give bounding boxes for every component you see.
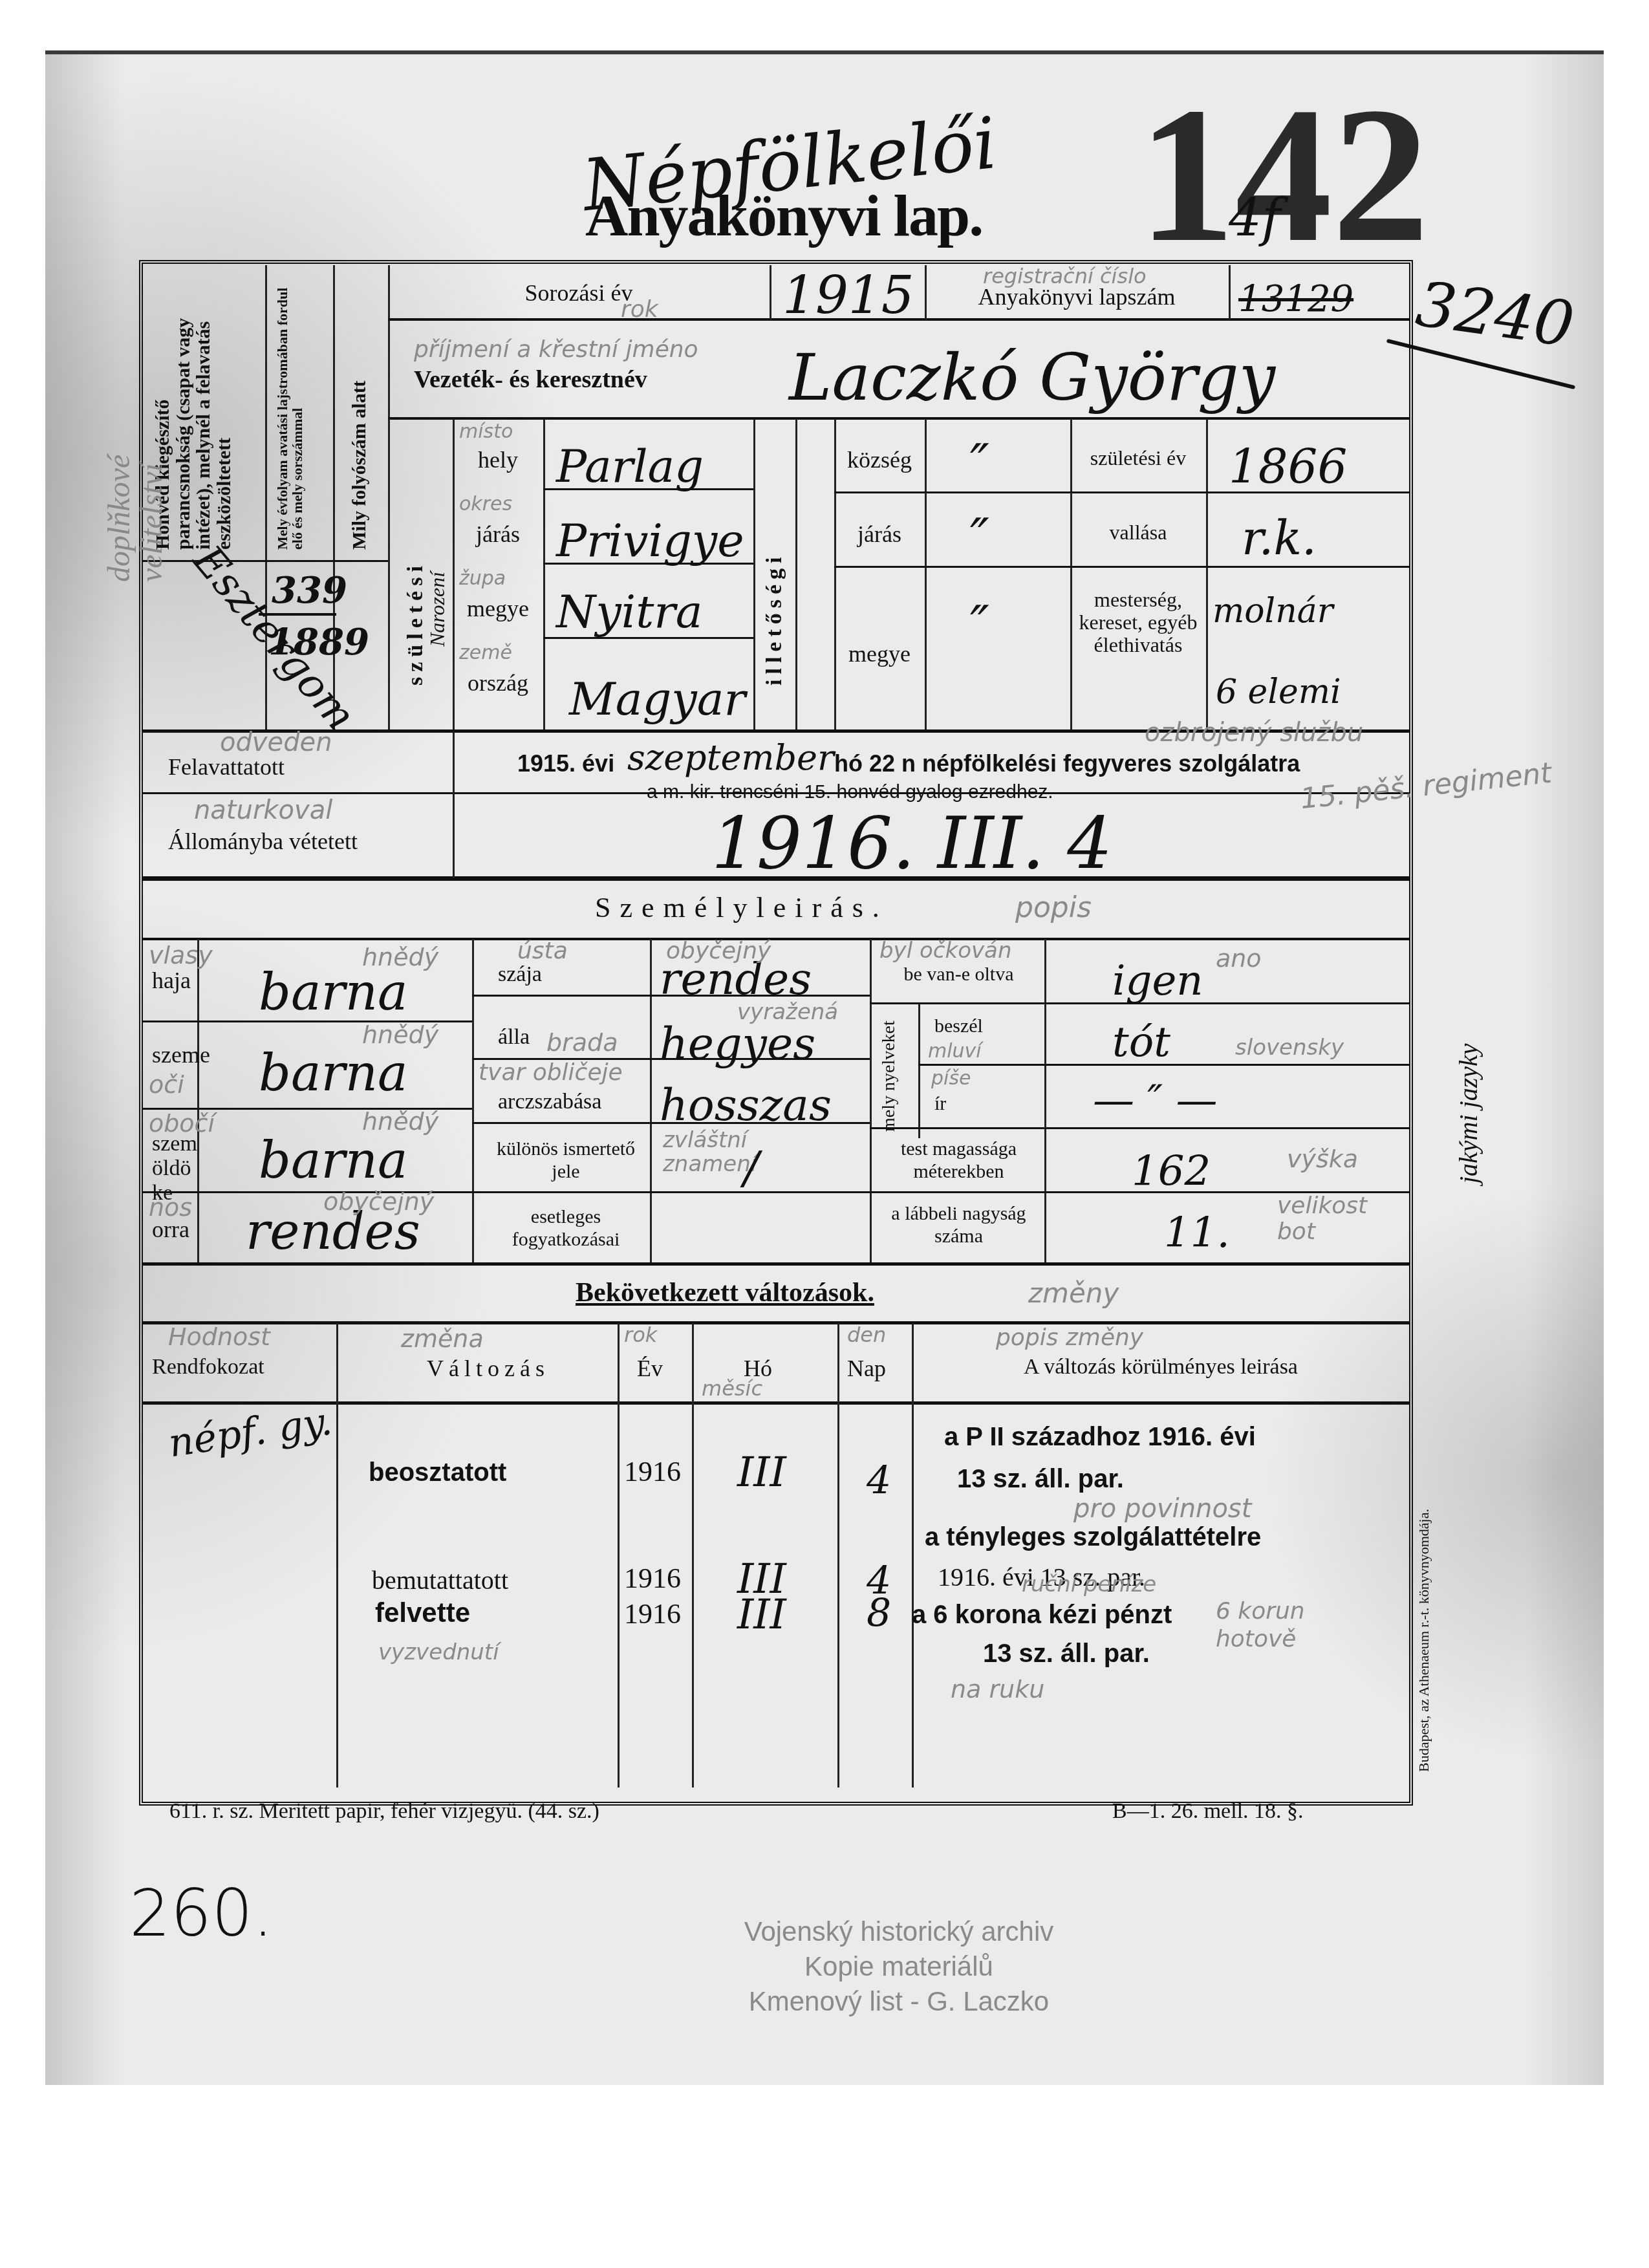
change-2-type: bemutattatott — [372, 1565, 508, 1595]
domicile-county-label: megye — [837, 640, 921, 667]
chin-pencil: brada — [546, 1028, 618, 1057]
nose-value-pencil: obyčejný — [323, 1187, 434, 1216]
birth-country-label: ország — [456, 669, 540, 697]
birth-place-pencil: místo — [459, 420, 513, 443]
col-rank-pencil: Hodnost — [168, 1323, 270, 1351]
birth-district-label: járás — [456, 521, 540, 548]
page-number: 142 — [1138, 78, 1429, 272]
table-rule — [336, 1323, 338, 1787]
chin-value-pencil: vyražená — [737, 999, 838, 1025]
eyes-value-pencil: hnědý — [362, 1021, 438, 1049]
birth-county-pencil: župa — [459, 567, 506, 590]
eyes-value: barna — [259, 1044, 407, 1103]
languages-label: mely nyelveket — [879, 1009, 898, 1132]
height-value: 162 — [1132, 1148, 1211, 1196]
chin-label: álla — [498, 1025, 530, 1050]
printer-imprint: Budapest, az Athenaeum r.-t. könyvnyomdá… — [1416, 1371, 1431, 1772]
enlistment-year: 1915. évi — [517, 750, 614, 777]
domicile-village-label: község — [837, 446, 921, 473]
hair-label: haja — [152, 967, 191, 994]
sorozasi-ev-pencil: rok — [621, 296, 658, 323]
speaks-pencil: mluví — [928, 1040, 982, 1063]
hair-value: barna — [259, 964, 407, 1022]
enlistment-pencil-1: ozbrojený službu — [1145, 718, 1363, 748]
table-rule — [259, 613, 336, 616]
stamp-line-1: Vojenský historický archiv — [673, 1914, 1125, 1949]
birth-year-label: születési év — [1073, 446, 1203, 470]
change-3-pencil-3: na ruku — [951, 1675, 1044, 1703]
change-3-month: III — [737, 1591, 786, 1639]
religion-label: vallása — [1073, 521, 1203, 545]
domicile-district-value: ″ — [970, 508, 989, 568]
margin-pencil-note: doplňkové velitelství — [103, 362, 169, 582]
allomanyba-pencil: naturkoval — [194, 795, 332, 825]
face-label: arczszabása — [498, 1090, 601, 1114]
enlistment-month: szeptember — [627, 737, 834, 778]
table-rule — [142, 1262, 1410, 1266]
birth-section-pencil: Narození — [427, 466, 449, 647]
stamp-line-3: Kmenový list - G. Laczko — [673, 1984, 1125, 2019]
enlistment-regiment: a m. kir. trencséni 15. honvéd gyalog ez… — [647, 781, 1053, 803]
hair-value-pencil: hnědý — [362, 943, 438, 971]
change-2-desc-1: a tényleges szolgálattételre — [925, 1523, 1261, 1552]
col-day-pencil: den — [847, 1323, 886, 1347]
table-rule — [472, 939, 474, 1262]
table-rule — [770, 265, 771, 319]
defects-label: esetleges fogyatkozásai — [491, 1206, 640, 1251]
shoe-size-value: 11. — [1164, 1209, 1230, 1257]
speaks-value: tót — [1112, 1019, 1170, 1066]
left-header-serial: Mily folyószám alatt — [349, 278, 370, 550]
table-rule — [912, 1323, 914, 1787]
table-rule — [918, 1002, 920, 1138]
col-year-pencil: rok — [624, 1323, 657, 1347]
speaks-value-pencil: slovensky — [1235, 1035, 1344, 1061]
face-pencil: tvar obličeje — [479, 1059, 623, 1086]
archive-stamp: Vojenský historický archiv Kopie materiá… — [673, 1914, 1125, 2018]
change-3-desc-1: a 6 korona kézi pénzt — [912, 1601, 1172, 1630]
education-value: 6 elemi — [1216, 673, 1341, 711]
change-3-type: felvette — [375, 1597, 470, 1628]
table-rule — [870, 1127, 1410, 1129]
table-rule — [388, 265, 390, 729]
register-year: 1889 — [268, 621, 369, 664]
face-value: hosszas — [660, 1080, 832, 1131]
table-rule — [618, 1323, 620, 1787]
description-title: Személyleirás. — [595, 891, 889, 924]
sorozasi-ev-value: 1915 — [782, 265, 914, 325]
felavattatott-label: Felavattatott — [168, 753, 285, 781]
domicile-section-label: illetőségi — [763, 491, 786, 686]
table-rule — [925, 265, 927, 319]
change-1-type: beosztatott — [369, 1458, 506, 1487]
vaccinated-pencil: byl očkován — [879, 938, 1011, 964]
allomanyba-value: 1916. III. 4 — [711, 802, 1112, 885]
change-2-desc-pencil: pro povinnost — [1073, 1494, 1251, 1524]
description-title-pencil: popis — [1015, 891, 1092, 924]
change-1-day: 4 — [867, 1458, 891, 1504]
page-number-overwrite: 4f — [1229, 188, 1281, 248]
shoe-size-value-pencil: velikost bot — [1277, 1193, 1387, 1244]
enlistment-text: hó 22 n népfölkelési fegyveres szolgálat… — [834, 750, 1300, 777]
table-rule — [1044, 939, 1046, 1262]
eyebrows-value: barna — [259, 1132, 407, 1190]
birth-place-label: hely — [456, 446, 540, 473]
birth-place-value: Parlag — [556, 440, 704, 493]
change-1-desc-1: a P II századhoz 1916. évi — [944, 1423, 1256, 1452]
change-3-day: 8 — [867, 1591, 891, 1636]
col-desc-pencil: popis změny — [996, 1324, 1143, 1351]
col-month-pencil: měsíc — [702, 1376, 762, 1401]
vaccinated-value-pencil: ano — [1216, 944, 1262, 973]
changes-title: Bekövetkezett változások. — [576, 1277, 874, 1308]
domicile-village-value: ″ — [970, 433, 989, 493]
stamp-line-2: Kopie materiálů — [673, 1949, 1125, 1984]
left-header-register: Mely évfolyam avatási lajstromában fordu… — [275, 278, 305, 550]
vaccinated-value: igen — [1112, 957, 1203, 1005]
table-rule — [753, 419, 755, 729]
change-1-month: III — [737, 1449, 786, 1496]
col-year-label: Év — [637, 1355, 663, 1382]
col-rank-label: Rendfokozat — [152, 1355, 264, 1379]
table-rule — [870, 939, 872, 1262]
allomanyba-label: Állományba vétetett — [168, 828, 358, 855]
col-day-label: Nap — [847, 1355, 886, 1382]
table-rule — [650, 939, 652, 1262]
register-number: 339 — [272, 569, 347, 612]
birth-county-value: Nyitra — [556, 585, 703, 638]
mouth-pencil: ústa — [517, 938, 568, 964]
birth-district-value: Privigye — [556, 514, 744, 567]
table-rule — [1070, 419, 1072, 729]
change-2-year: 1916 — [624, 1562, 681, 1595]
table-rule — [142, 1401, 1410, 1405]
col-change-label: Változás — [362, 1355, 614, 1382]
domicile-district-label: járás — [837, 521, 921, 548]
col-desc-label: A változás körülményes leirása — [918, 1355, 1403, 1379]
col-change-pencil: změna — [401, 1324, 484, 1353]
height-label: test magassága méterekben — [876, 1138, 1041, 1183]
page-note: 260. — [129, 1875, 274, 1951]
birth-country-value: Magyar — [569, 673, 746, 726]
languages-margin-pencil: jakými jazyky — [1455, 1022, 1482, 1183]
change-3-pencil-2: 6 korun hotově — [1216, 1597, 1332, 1653]
writes-pencil: píše — [931, 1067, 971, 1090]
mouth-label: szája — [498, 962, 542, 987]
religion-value: r.k. — [1242, 511, 1317, 565]
change-3-type-pencil: vyzvednutí — [378, 1639, 499, 1665]
occupation-label: mesterség, kereset, egyéb élethivatás — [1077, 589, 1200, 657]
changes-title-pencil: změny — [1028, 1277, 1119, 1309]
change-1-year: 1916 — [624, 1455, 681, 1488]
speaks-label: beszél — [934, 1015, 983, 1037]
table-rule — [692, 1323, 694, 1787]
table-rule — [834, 419, 836, 729]
birth-country-pencil: země — [459, 642, 512, 664]
chin-value: hegyes — [660, 1019, 815, 1070]
name-pencil: příjmení a křestní jméno — [414, 336, 698, 363]
birth-year-value: 1866 — [1229, 440, 1347, 494]
name-value: Laczkó György — [789, 340, 1275, 415]
writes-label: ír — [934, 1093, 946, 1115]
table-rule — [1206, 419, 1208, 729]
marks-value: / — [744, 1141, 759, 1194]
marks-label: különös ismertető jele — [491, 1138, 640, 1183]
table-rule — [1229, 265, 1231, 319]
change-3-year: 1916 — [624, 1597, 681, 1630]
birth-district-pencil: okres — [459, 493, 512, 515]
form-title: Anyakönyvi lap. — [585, 181, 982, 250]
lapszam-value: 13129 — [1238, 278, 1353, 320]
table-rule — [834, 566, 1410, 568]
eyes-pencil: oči — [149, 1070, 184, 1099]
nose-label: orra — [152, 1216, 189, 1243]
table-rule — [197, 939, 199, 1262]
occupation-value: molnár — [1212, 592, 1333, 631]
table-rule — [837, 1323, 839, 1787]
sorozasi-ev-label: Sorozási év — [394, 279, 763, 307]
writes-value: — ″ — — [1093, 1077, 1218, 1125]
table-rule — [795, 419, 797, 729]
hair-pencil: vlasy — [149, 941, 213, 969]
table-rule — [142, 560, 388, 562]
change-1-desc-2: 13 sz. áll. par. — [957, 1465, 1124, 1494]
change-3-desc-2: 13 sz. áll. par. — [983, 1639, 1150, 1669]
eyes-label: szeme — [152, 1041, 210, 1068]
lapszam-pencil: registrační číslo — [983, 264, 1147, 288]
birth-section-label: születési — [404, 491, 427, 686]
mouth-value-pencil: obyčejný — [666, 938, 771, 964]
table-rule — [453, 419, 455, 729]
footer-right: B—1. 26. mell. 18. §. — [1112, 1799, 1304, 1824]
birth-county-label: megye — [456, 595, 540, 622]
table-rule — [543, 419, 545, 729]
domicile-county-value: ″ — [970, 595, 989, 655]
shoe-size-label: a lábbeli nagyság száma — [876, 1203, 1041, 1247]
table-rule — [142, 1321, 1410, 1324]
vaccinated-label: be van-e oltva — [876, 964, 1041, 986]
table-rule — [388, 417, 1410, 420]
height-value-pencil: výška — [1287, 1145, 1358, 1173]
eyebrows-value-pencil: hnědý — [362, 1107, 438, 1136]
footer-left: 611. r. sz. Meritett papir, fehér vizjeg… — [169, 1799, 599, 1824]
table-rule — [142, 938, 1410, 940]
table-rule — [925, 419, 927, 729]
change-3-pencil-1: ruční peníze — [1022, 1571, 1156, 1597]
table-rule — [472, 1191, 870, 1193]
table-rule — [453, 732, 455, 878]
name-label: Vezeték- és keresztnév — [414, 365, 647, 394]
